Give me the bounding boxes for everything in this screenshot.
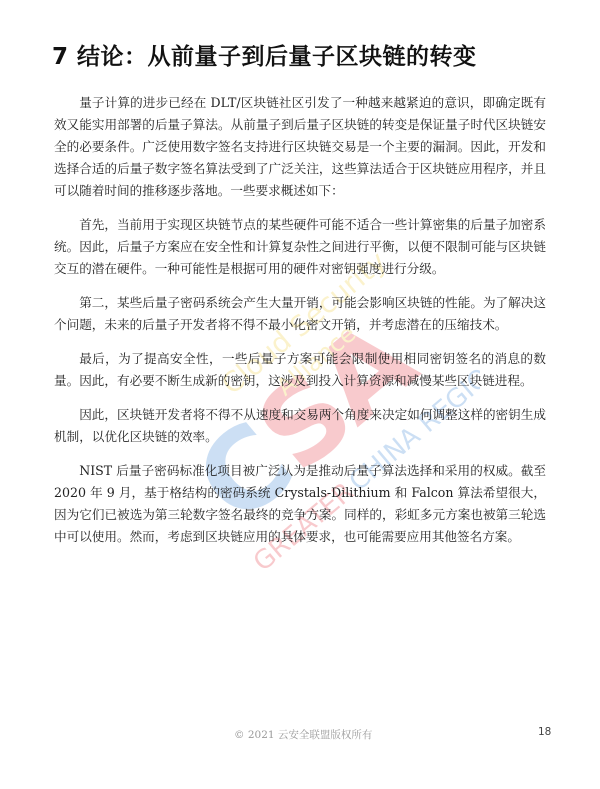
paragraph-second-requirement: 第二，某些后量子密码系统会产生大量开销，可能会影响区块链的性能。为了解决这个问题…: [54, 292, 546, 336]
paragraph-conclusion: 因此，区块链开发者将不得不从速度和交易两个角度来决定如何调整这样的密钥生成机制，…: [54, 404, 546, 448]
footer-copyright: © 2021 云安全联盟版权所有: [234, 727, 372, 742]
paragraph-intro: 量子计算的进步已经在 DLT/区块链社区引发了一种越来越紧迫的意识，即确定既有效…: [54, 92, 546, 202]
paragraph-last-requirement: 最后，为了提高安全性，一些后量子方案可能会限制使用相同密钥签名的消息的数量。因此…: [54, 348, 546, 392]
section-title: 7 结论：从前量子到后量子区块链的转变: [52, 38, 477, 71]
document-body: 量子计算的进步已经在 DLT/区块链社区引发了一种越来越紧迫的意识，即确定既有效…: [54, 92, 546, 560]
paragraph-first-requirement: 首先，当前用于实现区块链节点的某些硬件可能不适合一些计算密集的后量子加密系统。因…: [54, 214, 546, 280]
document-page: C S A GREATER CHINA REGION Cloud Securit…: [0, 0, 600, 789]
paragraph-nist: NIST 后量子密码标准化项目被广泛认为是推动后量子算法选择和采用的权威。截至 …: [54, 460, 546, 548]
page-number: 18: [538, 726, 551, 738]
